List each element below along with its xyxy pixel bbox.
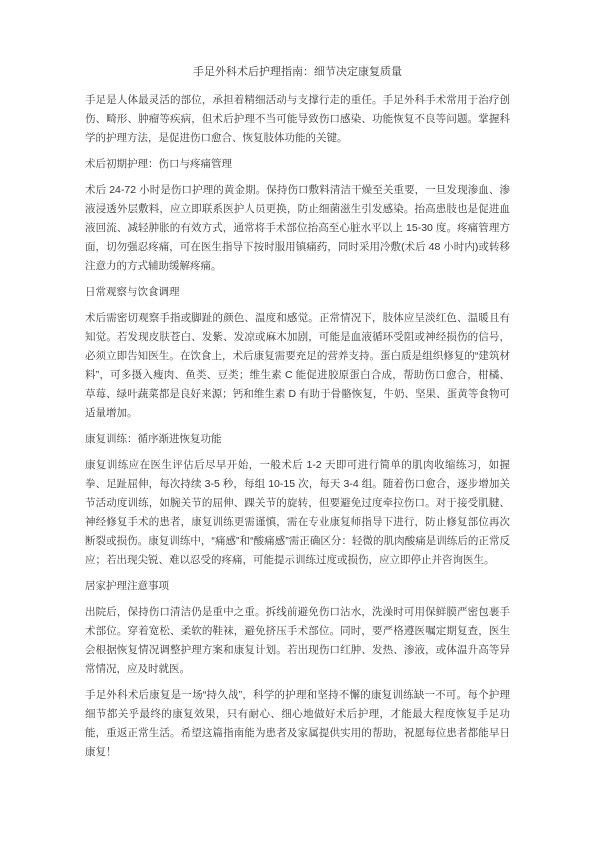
section-heading-home-care: 居家护理注意事项 (85, 577, 510, 596)
section-heading-observation-diet: 日常观察与饮食调理 (85, 283, 510, 302)
rehab-training-paragraph: 康复训练应在医生评估后尽早开始，一般术后 1-2 天即可进行简单的肌肉收缩练习，… (85, 456, 510, 570)
intro-paragraph: 手足是人体最灵活的部位，承担着精细活动与支撑行走的重任。手足外科手术常用于治疗创… (85, 91, 510, 148)
closing-paragraph: 手足外科术后康复是一场“持久战”，科学的护理和坚持不懈的康复训练缺一不可。每个护… (85, 686, 510, 762)
document-title: 手足外科术后护理指南：细节决定康复质量 (85, 62, 510, 82)
home-care-paragraph: 出院后，保持伤口清洁仍是重中之重。拆线前避免伤口沾水，洗澡时可用保鲜膜严密包裹手… (85, 603, 510, 679)
section-heading-rehab-training: 康复训练：循序渐进恢复功能 (85, 430, 510, 449)
observation-diet-paragraph: 术后需密切观察手指或脚趾的颜色、温度和感觉。正常情况下，肢体应呈淡红色、温暖且有… (85, 309, 510, 423)
document-page: 手足外科术后护理指南：细节决定康复质量 手足是人体最灵活的部位，承担着精细活动与… (0, 0, 595, 841)
wound-pain-paragraph: 术后 24-72 小时是伤口护理的黄金期。保持伤口敷料清洁干燥至关重要，一旦发现… (85, 181, 510, 276)
section-heading-initial-care: 术后初期护理：伤口与疼痛管理 (85, 155, 510, 174)
